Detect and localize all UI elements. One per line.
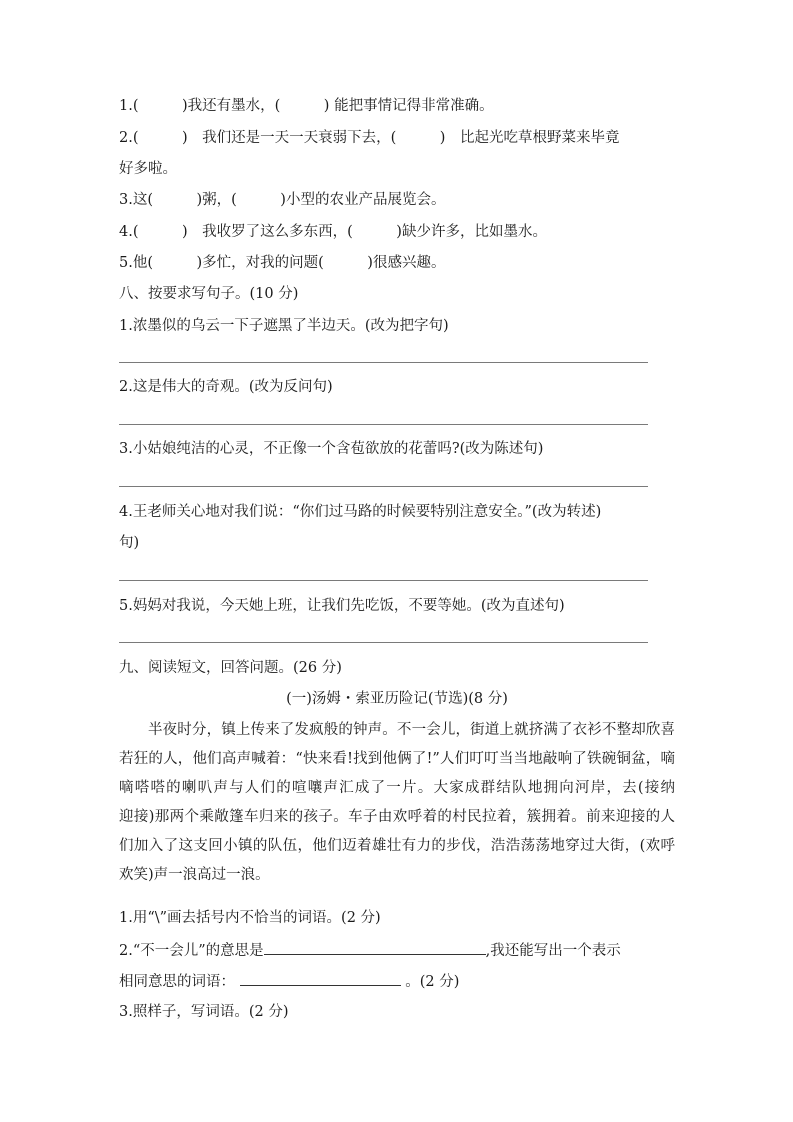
section7-item-4: 4.( ) 我收罗了这么多东西，( )缺少许多，比如墨水。 (119, 222, 547, 242)
section8-item-1: 1.浓墨似的乌云一下子遮黑了半边天。(改为把字句) (119, 316, 449, 336)
answer-line-1[interactable] (119, 362, 648, 363)
question-1: 1.用“\”画去括号内不恰当的词语。(2 分) (119, 908, 381, 928)
section8-heading: 八、按要求写句子。(10 分) (119, 284, 298, 304)
answer-line-3[interactable] (119, 486, 648, 487)
section8-item-2: 2.这是伟大的奇观。(改为反问句) (119, 377, 333, 397)
question-2-cont: 相同意思的词语： 。(2 分) (119, 971, 459, 992)
passage-title: (一)汤姆・索亚历险记(节选)(8 分) (119, 689, 675, 709)
answer-blank-meaning[interactable] (264, 940, 486, 955)
section7-item-5: 5.他( )多忙，对我的问题( )很感兴趣。 (119, 253, 445, 273)
answer-line-4[interactable] (119, 580, 648, 581)
question-3: 3.照样子，写词语。(2 分) (119, 1002, 288, 1022)
section7-item-3: 3.这( )粥，( )小型的农业产品展览会。 (119, 190, 445, 210)
answer-blank-synonym[interactable] (240, 971, 401, 986)
question-2-text-b: ,我还能写出一个表示 (486, 943, 621, 959)
section7-item-2: 2.( ) 我们还是一天一天衰弱下去，( ) 比起光吃草根野菜来毕竟 (119, 128, 619, 148)
section9-heading: 九、阅读短文，回答问题。(26 分) (119, 658, 342, 678)
passage-text: 半夜时分，镇上传来了发疯般的钟声。不一会儿，街道上就挤满了衣衫不整却欣喜若狂的人… (119, 716, 675, 890)
section8-item-4: 4.王老师关心地对我们说：“你们过马路的时候要特别注意安全。”(改为转述) (119, 502, 601, 522)
section8-item-3: 3.小姑娘纯洁的心灵，不正像一个含苞欲放的花蕾吗?(改为陈述句) (119, 439, 543, 459)
section7-item-1: 1.( )我还有墨水，( ) 能把事情记得非常准确。 (119, 96, 494, 116)
section8-item-5: 5.妈妈对我说，今天她上班，让我们先吃饭，不要等她。(改为直述句) (119, 596, 565, 616)
question-2-text-a: 2.“不一会儿”的意思是 (119, 943, 264, 959)
question-2-text-c: 相同意思的词语： (119, 974, 235, 990)
answer-line-5[interactable] (119, 642, 648, 643)
section7-item-2-cont: 好多啦。 (119, 159, 177, 179)
section8-item-4-cont: 句) (119, 533, 139, 553)
question-2: 2.“不一会儿”的意思是,我还能写出一个表示 (119, 940, 621, 961)
answer-line-2[interactable] (119, 424, 648, 425)
question-2-text-d: 。(2 分) (405, 974, 459, 990)
